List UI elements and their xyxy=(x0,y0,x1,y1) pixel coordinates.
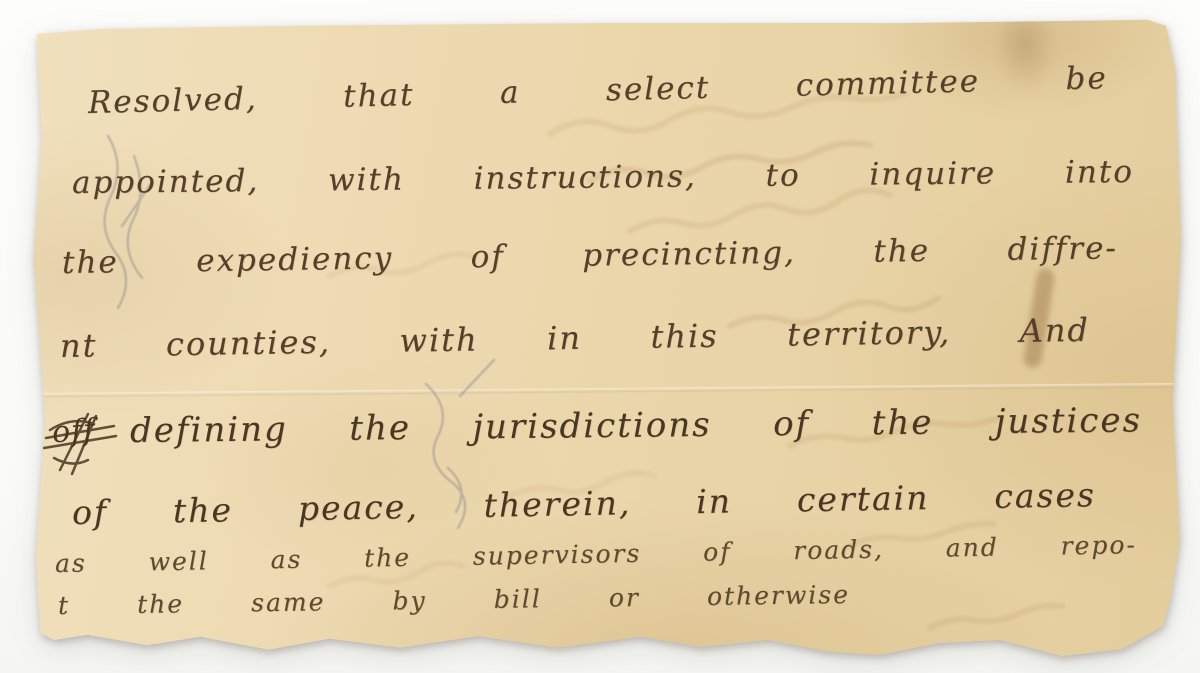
handwritten-line-8: t the same by bill or otherwise xyxy=(58,581,850,621)
handwritten-line-6: of the peace, therein, in certain cases xyxy=(72,476,1097,532)
handwritten-line-4: nt counties, with in this territory, And xyxy=(60,312,1090,365)
manuscript-paper: Resolved, that a select committee be app… xyxy=(30,16,1182,664)
handwritten-line-3: the expediency of precincting, the diffr… xyxy=(62,231,1118,281)
scan-background: Resolved, that a select committee be app… xyxy=(0,0,1200,673)
handwritten-line-2: appointed, with instructions, to inquire… xyxy=(72,155,1134,202)
handwritten-line-7: as well as the supervisors of roads, and… xyxy=(55,531,1137,579)
struck-word-text: off xyxy=(51,413,97,451)
paper-shadow: Resolved, that a select committee be app… xyxy=(30,16,1182,664)
struck-out-word: off xyxy=(51,413,97,451)
handwritten-line-5: defining the jurisdictions of the justic… xyxy=(130,401,1142,451)
handwritten-line-1: Resolved, that a select committee be xyxy=(88,61,1109,122)
paper-crease xyxy=(30,383,1182,398)
